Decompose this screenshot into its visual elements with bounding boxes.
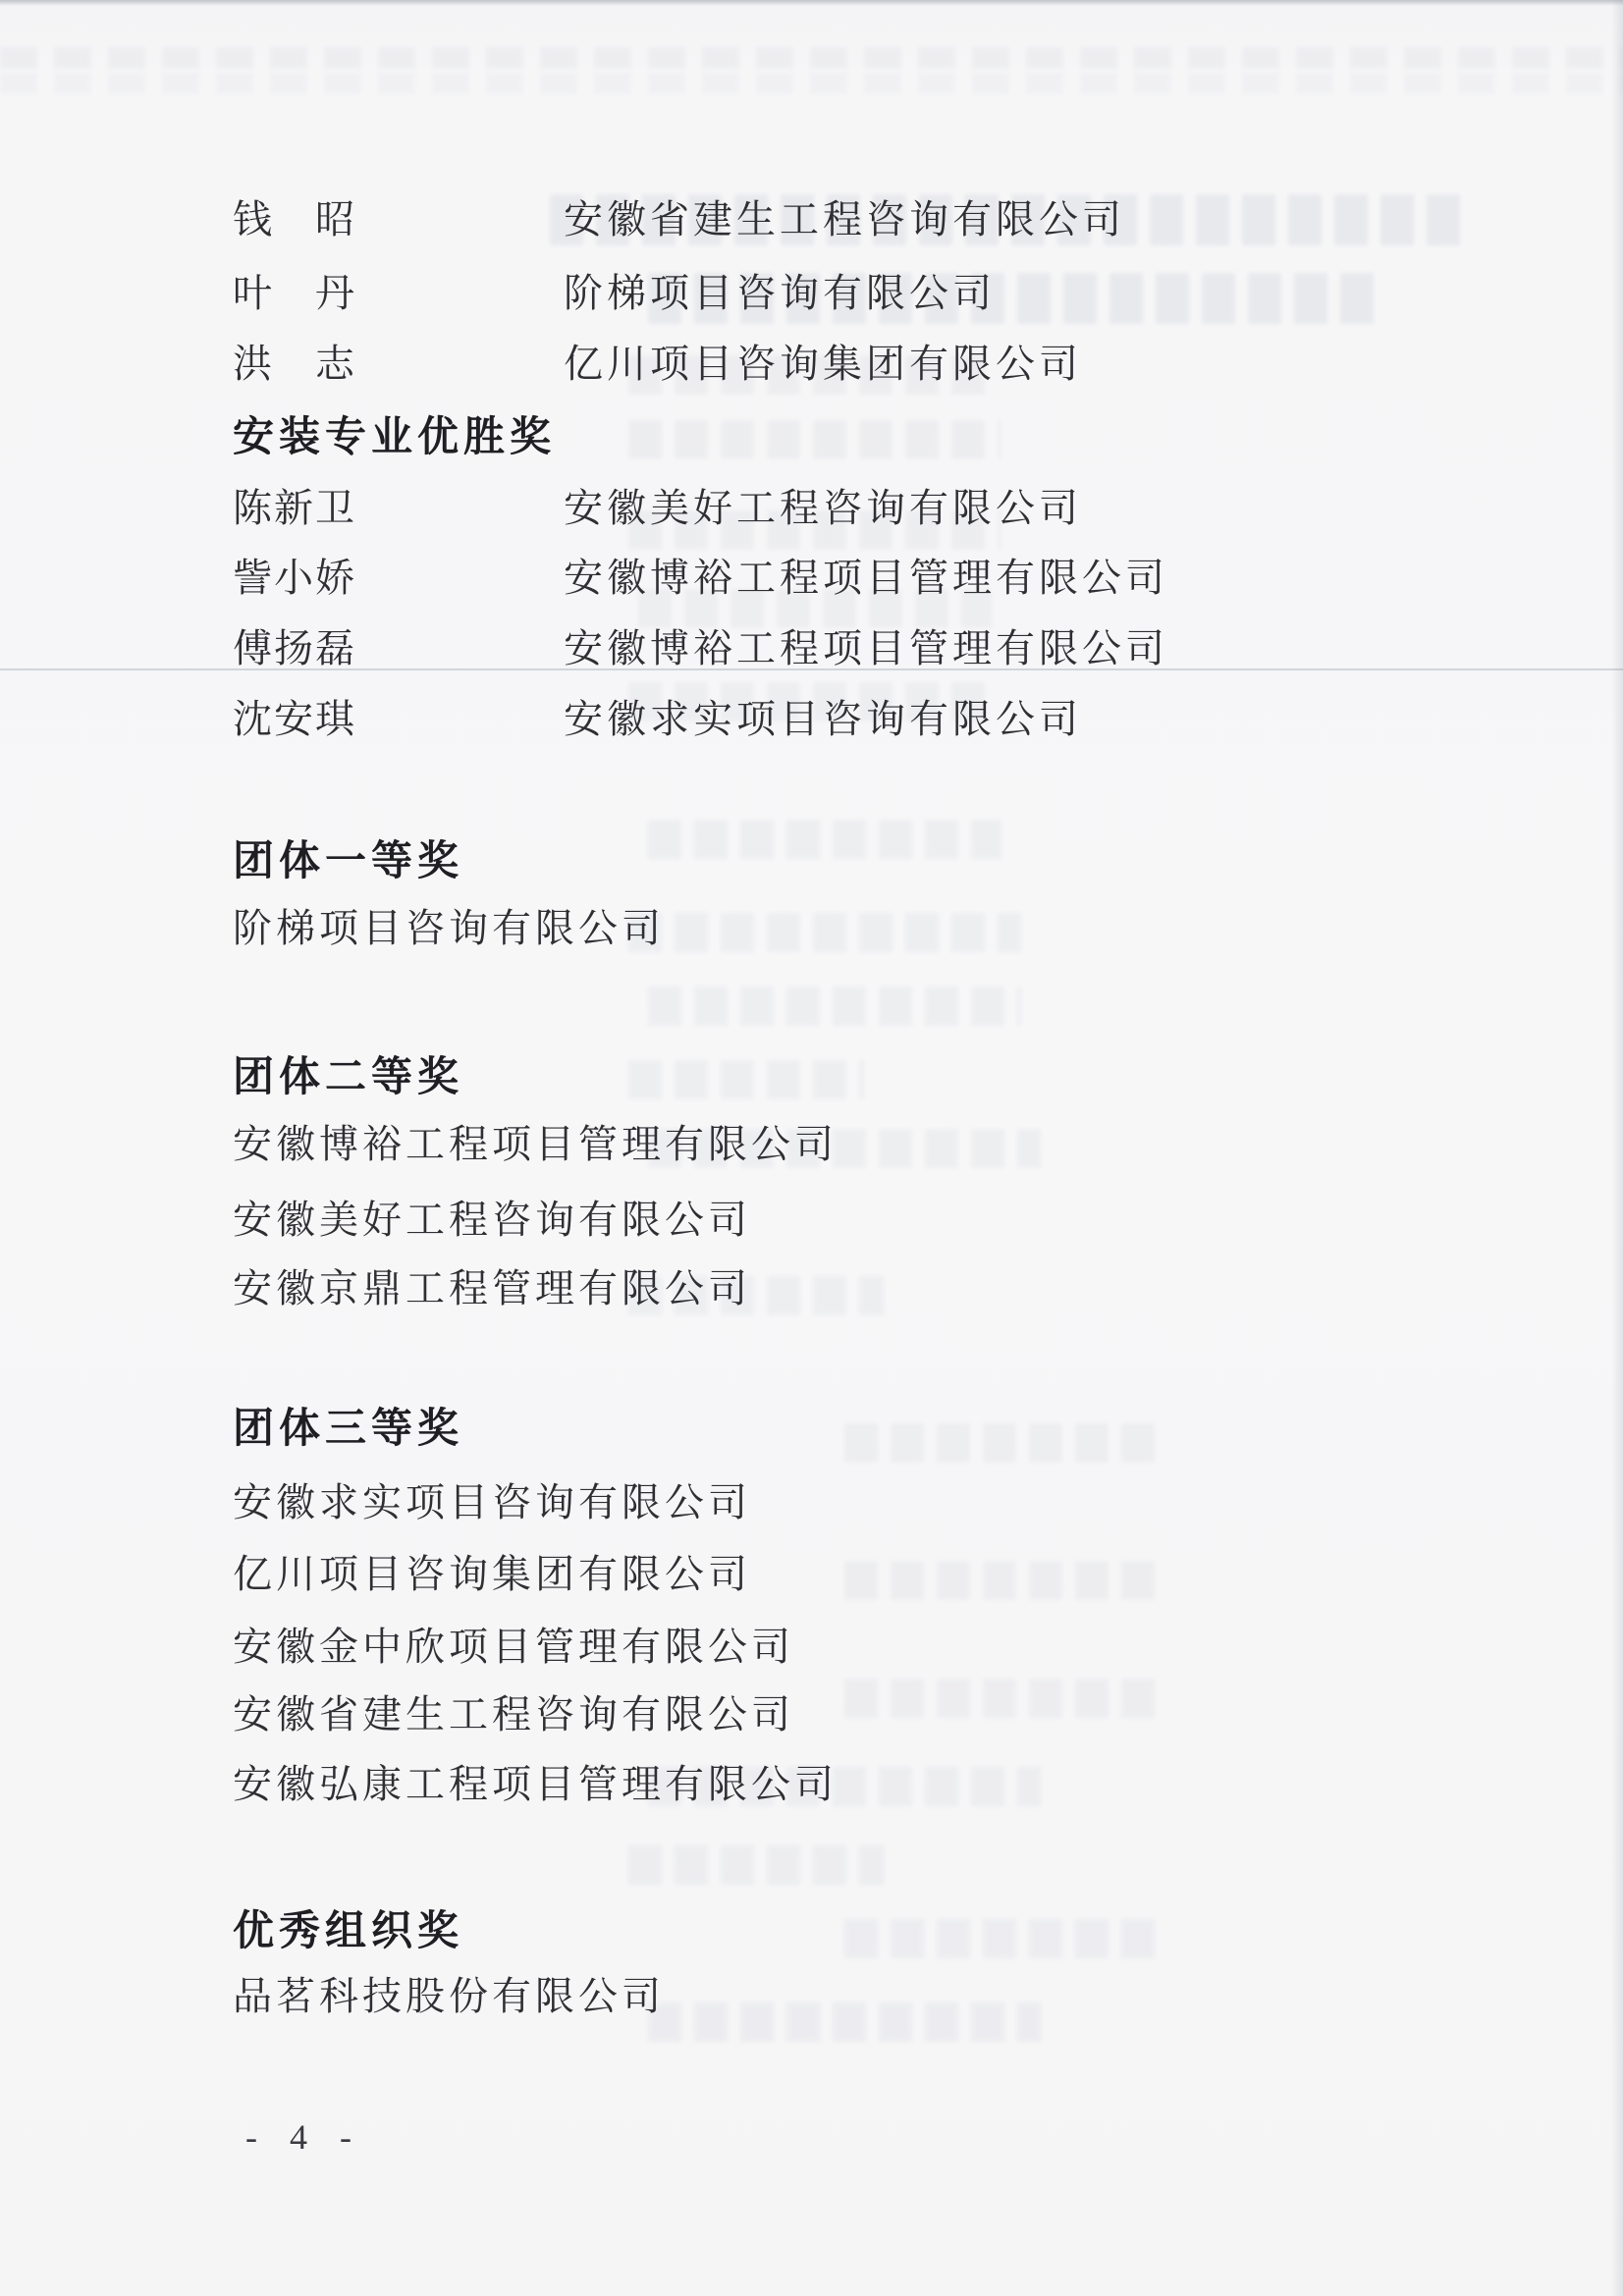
company-row: 亿川项目咨询集团有限公司: [233, 1551, 751, 1598]
winner-row: 沈安琪 安徽求实项目咨询有限公司: [233, 696, 1082, 743]
company-name: 安徽金中欣项目管理有限公司: [233, 1624, 794, 1671]
scan-right-edge-artifact: [1611, 0, 1623, 2296]
winner-row: 钱 昭 安徽省建生工程咨询有限公司: [233, 196, 1125, 243]
winner-name: 訾小娇: [233, 555, 550, 602]
bleedthrough-artifact: [844, 1919, 1159, 1958]
winner-name: 钱 昭: [233, 196, 550, 243]
award-category-heading: 团体一等奖: [233, 836, 463, 885]
company-name: 安徽省建生工程咨询有限公司: [564, 196, 1125, 243]
company-name: 阶梯项目咨询有限公司: [564, 270, 996, 317]
company-name: 安徽京鼎工程管理有限公司: [233, 1265, 751, 1312]
bleedthrough-artifact: [648, 987, 1021, 1026]
document-page: 钱 昭 安徽省建生工程咨询有限公司 叶 丹 阶梯项目咨询有限公司 洪 志 亿川项…: [0, 0, 1623, 2296]
company-row: 安徽美好工程咨询有限公司: [233, 1197, 751, 1244]
award-category-heading: 团体三等奖: [233, 1404, 463, 1453]
company-name: 安徽美好工程咨询有限公司: [564, 485, 1082, 532]
company-name: 阶梯项目咨询有限公司: [233, 905, 665, 952]
winner-row: 傅扬磊 安徽博裕工程项目管理有限公司: [233, 625, 1168, 672]
company-name: 安徽博裕工程项目管理有限公司: [564, 555, 1168, 602]
bleedthrough-artifact: [648, 820, 1001, 859]
bleedthrough-artifact: [648, 2002, 1041, 2042]
company-row: 安徽省建生工程咨询有限公司: [233, 1691, 794, 1738]
winner-row: 訾小娇 安徽博裕工程项目管理有限公司: [233, 555, 1168, 602]
company-row: 安徽京鼎工程管理有限公司: [233, 1265, 751, 1312]
winner-row: 洪 志 亿川项目咨询集团有限公司: [233, 341, 1082, 388]
winner-name: 沈安琪: [233, 696, 550, 743]
bleedthrough-artifact: [844, 1561, 1159, 1600]
company-row: 品茗科技股份有限公司: [233, 1973, 665, 2020]
award-category-heading: 安装专业优胜奖: [233, 412, 556, 461]
company-name: 安徽博裕工程项目管理有限公司: [564, 625, 1168, 672]
company-name: 品茗科技股份有限公司: [233, 1973, 665, 2020]
award-category-heading: 团体二等奖: [233, 1052, 463, 1101]
scan-streak-artifact: [0, 73, 1623, 94]
bleedthrough-artifact: [844, 1679, 1159, 1718]
company-name: 安徽弘康工程项目管理有限公司: [233, 1761, 838, 1808]
company-name: 亿川项目咨询集团有限公司: [564, 341, 1082, 388]
bleedthrough-artifact: [628, 420, 1001, 459]
winner-row: 叶 丹 阶梯项目咨询有限公司: [233, 270, 996, 317]
bleedthrough-artifact: [628, 913, 1021, 952]
award-category-heading: 优秀组织奖: [233, 1906, 463, 1955]
company-name: 安徽美好工程咨询有限公司: [233, 1197, 751, 1244]
company-name: 安徽省建生工程咨询有限公司: [233, 1691, 794, 1738]
winner-name: 洪 志: [233, 341, 550, 388]
company-name: 安徽求实项目咨询有限公司: [564, 696, 1082, 743]
company-row: 安徽博裕工程项目管理有限公司: [233, 1121, 838, 1168]
winner-name: 傅扬磊: [233, 625, 550, 672]
winner-row: 陈新卫 安徽美好工程咨询有限公司: [233, 485, 1082, 532]
bleedthrough-artifact: [628, 1060, 864, 1099]
bleedthrough-artifact: [628, 1845, 884, 1885]
company-row: 安徽弘康工程项目管理有限公司: [233, 1761, 838, 1808]
winner-name: 叶 丹: [233, 270, 550, 317]
bleedthrough-artifact: [844, 1423, 1159, 1463]
company-name: 安徽求实项目咨询有限公司: [233, 1479, 751, 1526]
company-row: 安徽求实项目咨询有限公司: [233, 1479, 751, 1526]
scan-streak-artifact: [0, 47, 1623, 69]
scan-top-edge-artifact: [0, 0, 1623, 6]
company-name: 安徽博裕工程项目管理有限公司: [233, 1121, 838, 1168]
winner-name: 陈新卫: [233, 485, 550, 532]
company-row: 安徽金中欣项目管理有限公司: [233, 1624, 794, 1671]
company-name: 亿川项目咨询集团有限公司: [233, 1551, 751, 1598]
page-number: - 4 -: [245, 2116, 363, 2158]
company-row: 阶梯项目咨询有限公司: [233, 905, 665, 952]
